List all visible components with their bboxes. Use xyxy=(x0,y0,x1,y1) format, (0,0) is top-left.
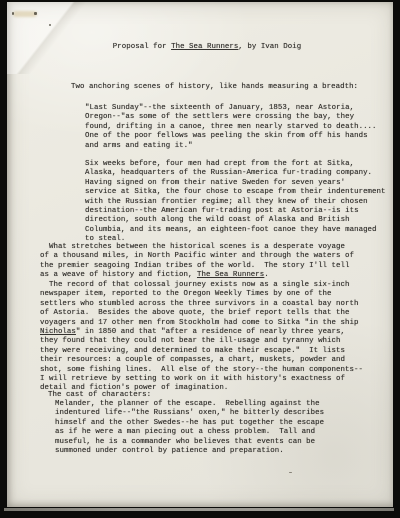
ship-name-underlined: Nicholas xyxy=(40,328,76,336)
book-title-underlined: The Sea Runners xyxy=(197,271,264,279)
page-bottom-edge xyxy=(4,508,394,511)
title-suffix: , by Ivan Doig xyxy=(238,43,301,51)
ink-speck xyxy=(49,24,51,26)
document-page: Proposal for The Sea Runners, by Ivan Do… xyxy=(7,2,393,507)
record-paragraph-part2: " in 1850 and that "after a residence of… xyxy=(40,328,363,392)
title-book-name-underlined: The Sea Runners xyxy=(171,43,238,51)
ink-speck xyxy=(34,12,37,15)
history-paragraph-end: . xyxy=(264,271,269,279)
quote-paragraph-2: Six weeks before, four men had crept fro… xyxy=(85,160,386,245)
melander-paragraph: Melander, the planner of the escape. Reb… xyxy=(55,400,324,456)
quote-paragraph-1: "Last Sunday"--the sixteenth of January,… xyxy=(85,104,377,151)
page-title: Proposal for The Sea Runners, by Ivan Do… xyxy=(7,43,393,52)
history-paragraph: What stretches between the historical sc… xyxy=(40,243,354,281)
record-paragraph-part1: The record of that colossal journey exis… xyxy=(40,281,358,327)
ink-speck xyxy=(12,12,14,15)
ink-speck xyxy=(289,472,292,473)
intro-line: Two anchoring scenes of history, like ha… xyxy=(71,83,358,92)
title-prefix: Proposal for xyxy=(113,43,171,51)
record-paragraph: The record of that colossal journey exis… xyxy=(40,281,363,394)
scan-background: Proposal for The Sea Runners, by Ivan Do… xyxy=(0,0,400,518)
cast-heading: The cast of characters: xyxy=(48,391,151,400)
